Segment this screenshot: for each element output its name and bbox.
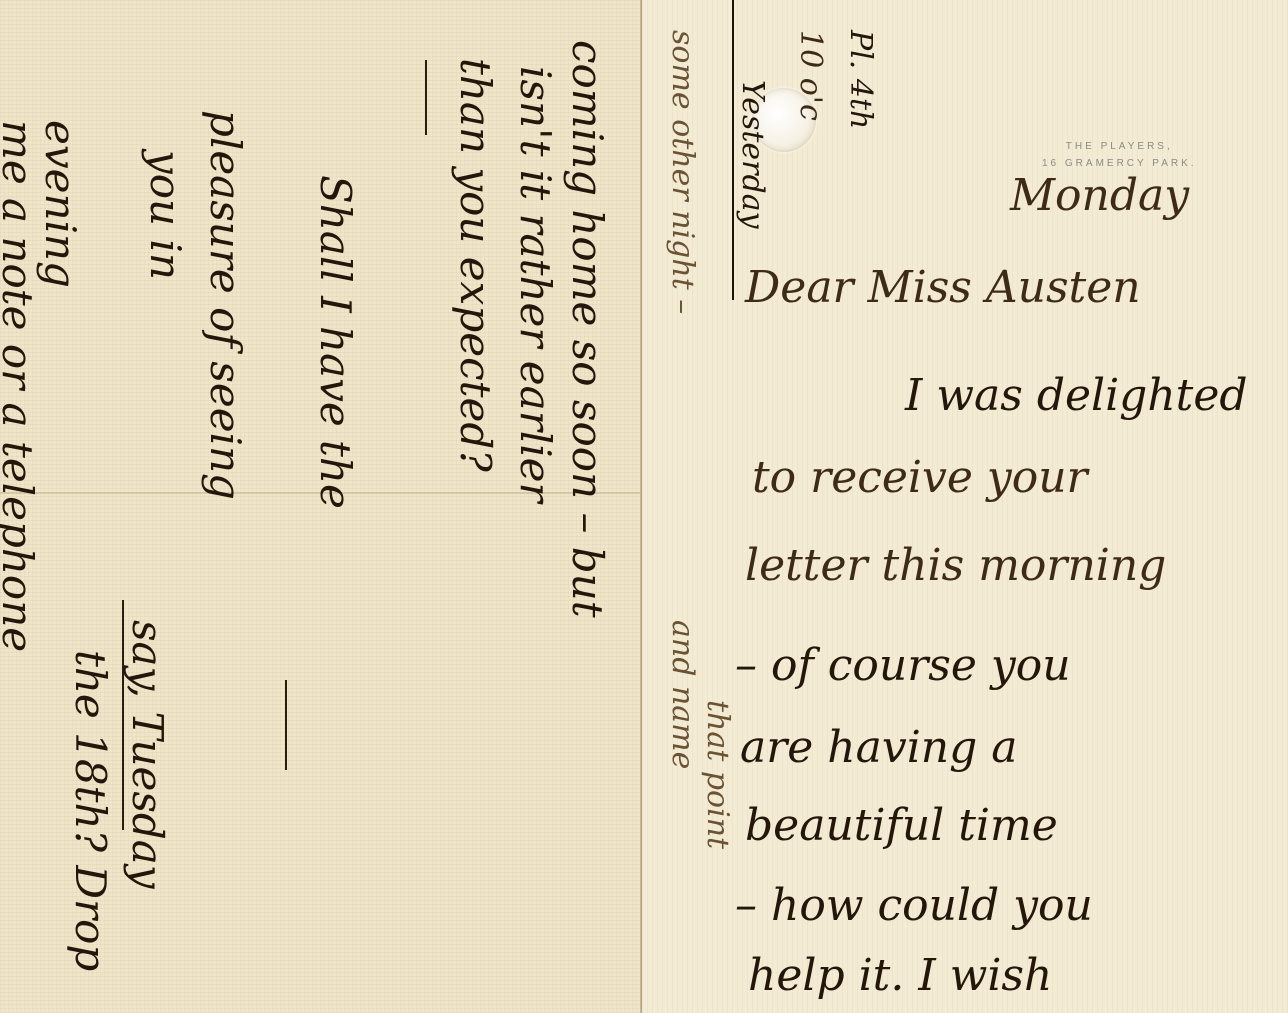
margin-note-3: that point	[700, 700, 735, 849]
salutation: Dear Miss Austen	[745, 262, 1141, 313]
margin-note-2: and name	[665, 620, 700, 769]
underline-tuesday	[122, 600, 124, 830]
margin-note-1: some other night –	[665, 30, 700, 314]
top-note-3: Yesterday	[735, 80, 770, 229]
left-line-3: than you expected?	[451, 58, 500, 472]
underline-than	[425, 60, 427, 135]
body-line-7: – how could you	[735, 880, 1093, 931]
left-line-7: say, Tuesday	[123, 620, 172, 889]
letter-scan: coming home so soon – but isn't it rathe…	[0, 0, 1288, 1013]
left-page: coming home so soon – but isn't it rathe…	[0, 0, 642, 1013]
body-line-3: letter this morning	[745, 540, 1166, 591]
left-line-5: pleasure of seeing	[201, 110, 250, 500]
margin-divider-line	[732, 0, 734, 300]
date-line: Monday	[1010, 170, 1189, 221]
left-line-8: the 18th? Drop	[66, 650, 115, 971]
body-line-1: I was delighted	[905, 370, 1248, 421]
body-line-5: are having a	[740, 722, 1018, 773]
body-line-6: beautiful time	[745, 800, 1058, 851]
left-line-4: Shall I have the	[311, 175, 360, 509]
body-line-8: help it. I wish	[748, 950, 1052, 1001]
top-note-2: 10 o'c	[793, 30, 828, 121]
left-line-9: evening	[36, 120, 85, 288]
top-note-1: Pl. 4th	[843, 30, 878, 129]
body-line-4: – of course you	[735, 640, 1071, 691]
left-line-6: you in	[141, 150, 190, 280]
letterhead-club-name: THE PLAYERS,	[1042, 138, 1197, 155]
underline-the	[285, 680, 287, 770]
left-line-10: me a note or a telephone	[0, 120, 42, 652]
letterhead: THE PLAYERS, 16 GRAMERCY PARK.	[1042, 138, 1197, 172]
body-line-2: to receive your	[752, 452, 1088, 503]
left-line-1: coming home so soon – but	[563, 40, 612, 618]
left-line-2: isn't it rather earlier	[511, 66, 560, 503]
